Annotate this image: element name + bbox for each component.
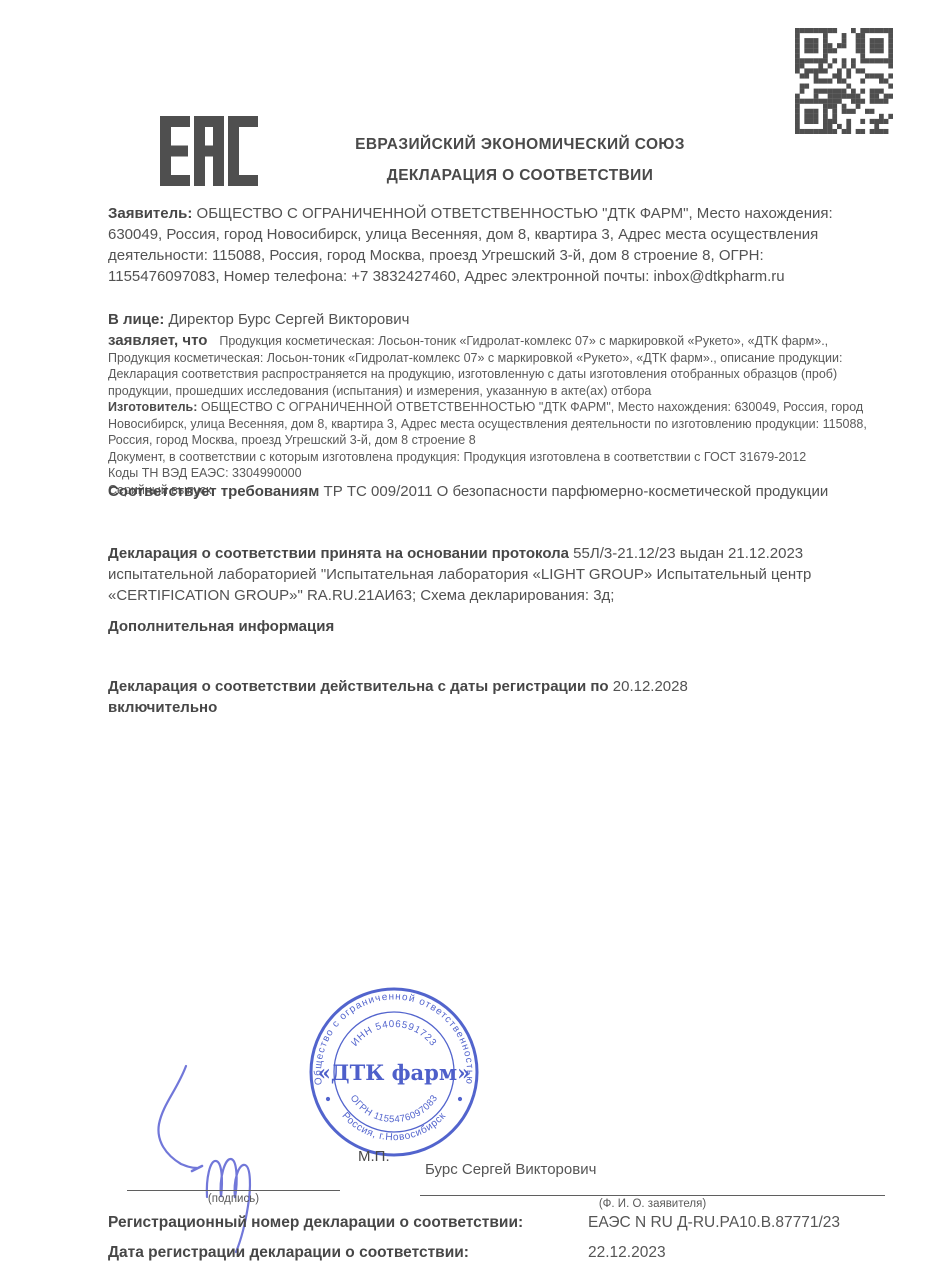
person-text: Директор Бурс Сергей Викторович [164,311,409,328]
registration-number-label: Регистрационный номер декларации о соотв… [108,1214,523,1232]
validity-paragraph: Декларация о соответствии действительна … [108,676,874,718]
union-title: ЕВРАЗИЙСКИЙ ЭКОНОМИЧЕСКИЙ СОЮЗ [115,136,925,154]
company-stamp: Общество с ограниченной ответственностью… [306,984,482,1160]
stamp-inn-text: ИНН 5406591723 [349,1019,438,1049]
manufacturer-line: Изготовитель: ОБЩЕСТВО С ОГРАНИЧЕННОЙ ОТ… [108,399,874,449]
qr-code [795,28,893,134]
declaration-document: ЕВРАЗИЙСКИЙ ЭКОНОМИЧЕСКИЙ СОЮЗ ДЕКЛАРАЦИ… [0,0,930,1280]
svg-text:ОГРН 1155476097083: ОГРН 1155476097083 [348,1093,441,1125]
compliance-paragraph: Соответствует требованиям ТР ТС 009/2011… [108,481,874,502]
stamp-ogrn-text: ОГРН 1155476097083 [348,1093,441,1125]
validity-label: Декларация о соответствии действительна … [108,678,609,695]
person-line: В лице: Директор Бурс Сергей Викторович [108,309,874,330]
additional-info-label: Дополнительная информация [108,616,874,637]
mp-label: М.П. [358,1148,390,1165]
compliance-label: Соответствует требованиям [108,483,319,500]
fio-line [420,1195,885,1196]
basis-label: Декларация о соответствии принята на осн… [108,545,569,562]
validity-date: 20.12.2028 [609,678,688,695]
registration-date-label: Дата регистрации декларации о соответств… [108,1244,469,1262]
validity-suffix: включительно [108,697,874,718]
applicant-name: Бурс Сергей Викторович [425,1161,596,1178]
manufacturer-label: Изготовитель: [108,400,197,414]
applicant-label: Заявитель: [108,205,192,222]
declares-product-line: заявляет, чтоПродукция косметическая: Ло… [108,333,874,399]
declares-label: заявляет, что [108,332,219,349]
additional-info-text: Дополнительная информация [108,618,334,635]
registration-date-value: 22.12.2023 [588,1244,666,1262]
person-label: В лице: [108,311,164,328]
stamp-center-text: «ДТК фарм» [318,1060,470,1085]
tnved-line: Коды ТН ВЭД ЕАЭС: 3304990000 [108,465,874,482]
applicant-text: ОБЩЕСТВО С ОГРАНИЧЕННОЙ ОТВЕТСТВЕННОСТЬЮ… [108,205,833,285]
compliance-text: ТР ТС 009/2011 О безопасности парфюмерно… [319,483,828,500]
declares-product-text: Продукция косметическая: Лосьон-тоник «Г… [108,334,842,398]
manufacture-document-line: Документ, в соответствии с которым изгот… [108,449,874,466]
svg-text:ИНН 5406591723: ИНН 5406591723 [349,1019,438,1049]
signature-line [127,1190,340,1191]
signature-caption: (подпись) [127,1193,340,1205]
registration-number-value: ЕАЭС N RU Д-RU.РА10.В.87771/23 [588,1214,840,1232]
manufacturer-text: ОБЩЕСТВО С ОГРАНИЧЕННОЙ ОТВЕТСТВЕННОСТЬЮ… [108,400,867,447]
applicant-paragraph: Заявитель: ОБЩЕСТВО С ОГРАНИЧЕННОЙ ОТВЕТ… [108,203,874,287]
basis-paragraph: Декларация о соответствии принята на осн… [108,543,874,606]
document-title: ДЕКЛАРАЦИЯ О СООТВЕТСТВИИ [115,167,925,185]
declares-block: заявляет, чтоПродукция косметическая: Ло… [108,333,874,498]
fio-caption: (Ф. И. О. заявителя) [420,1198,885,1210]
